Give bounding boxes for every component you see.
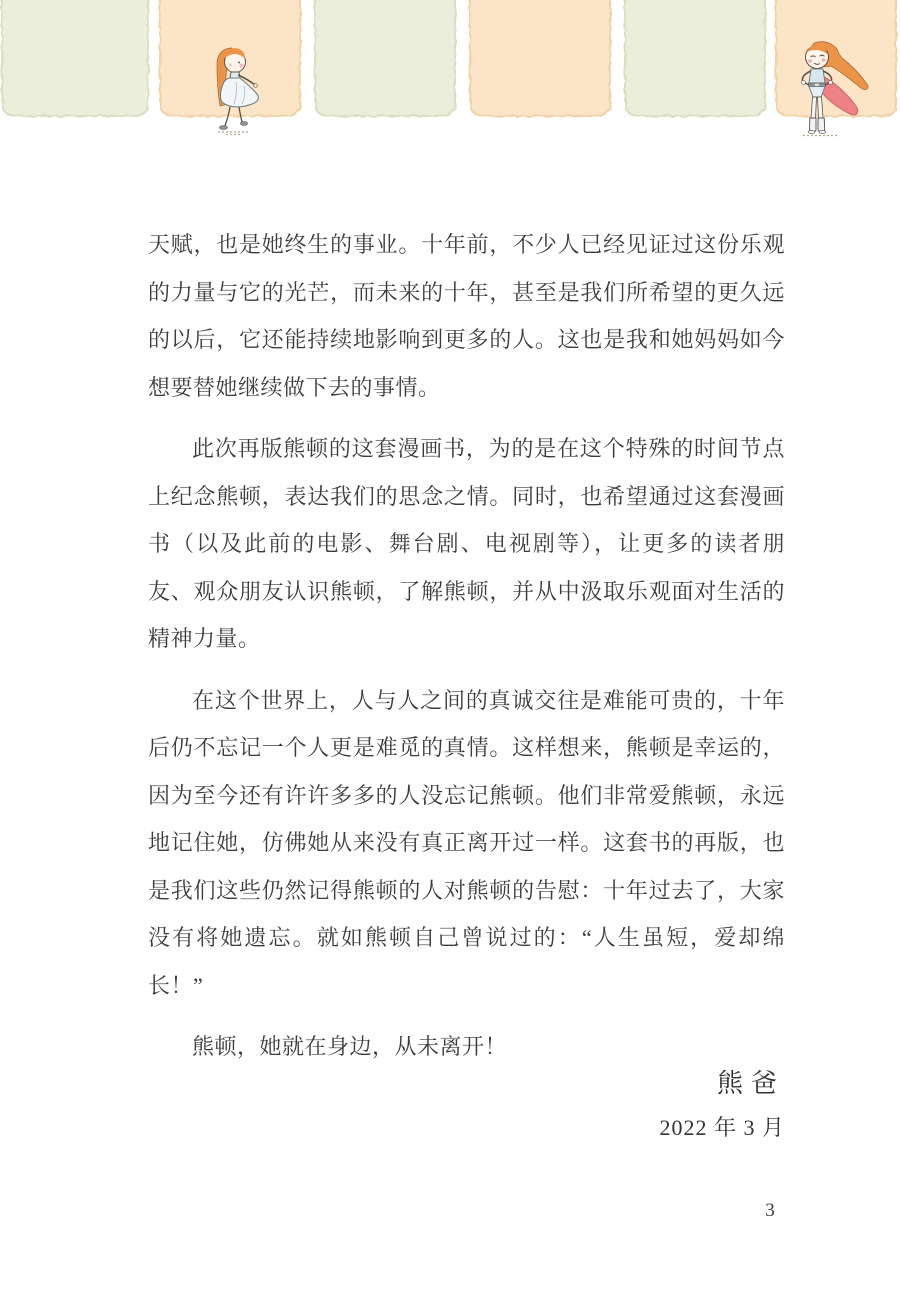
supergirl-foot-right [819, 131, 826, 134]
signature-name: 熊爸 [148, 1068, 785, 1100]
supergirl-cheek-right [822, 58, 826, 62]
girl-hand [254, 84, 258, 88]
supergirl-illustration [786, 36, 876, 141]
girl-shoe-left [220, 126, 228, 130]
supergirl-bottoms [809, 87, 825, 98]
scalloped-card [625, 0, 765, 116]
body-paragraph-4: 熊顿，她就在身边，从未离开！ [148, 1023, 785, 1071]
supergirl-boot-left [810, 118, 817, 132]
supergirl-foot-left [808, 131, 815, 134]
decor-block-green-1 [0, 0, 152, 152]
signature-block: 熊爸 2022 年 3 月 [148, 1068, 785, 1142]
signature-date: 2022 年 3 月 [148, 1114, 785, 1142]
girl-shoe-right [240, 122, 247, 126]
body-paragraph-1: 天赋，也是她终生的事业。十年前，不少人已经见证过这份乐观的力量与它的光芒，而未来… [148, 221, 785, 411]
girl-illustration [192, 38, 272, 138]
scalloped-card [470, 0, 610, 116]
page-number: 3 [753, 1200, 787, 1222]
decor-block-green-3 [621, 0, 769, 152]
girl-leg-right [239, 107, 242, 122]
girl-cheek2 [229, 63, 232, 66]
body-paragraph-3: 在这个世界上，人与人之间的真诚交往是难能可贵的，十年后仍不忘记一个人更是难觅的真… [148, 677, 785, 1010]
scalloped-card [315, 0, 455, 116]
supergirl-torso [809, 69, 825, 83]
supergirl-leg-left [811, 97, 817, 118]
decor-block-peach-2 [466, 0, 614, 152]
supergirl-boot-right [818, 118, 825, 132]
girl-cheek [240, 64, 244, 68]
supergirl-buckle [815, 84, 819, 86]
book-page: 天赋，也是她终生的事业。十年前，不少人已经见证过这份乐观的力量与它的光芒，而未来… [0, 0, 900, 1303]
supergirl-leg-right [818, 97, 824, 118]
scalloped-card [2, 0, 148, 116]
girl-eye [238, 62, 240, 64]
body-text-column: 天赋，也是她终生的事业。十年前，不少人已经见证过这份乐观的力量与它的光芒，而未来… [148, 221, 785, 1085]
decor-block-green-2 [311, 0, 459, 152]
supergirl-glove-left [802, 81, 806, 85]
supergirl-glove-right [829, 81, 833, 85]
supergirl-cheek-left [808, 59, 812, 63]
girl-leg-left [225, 107, 230, 126]
body-paragraph-2: 此次再版熊顿的这套漫画书，为的是在这个特殊的时间节点上纪念熊顿，表达我们的思念之… [148, 425, 785, 663]
